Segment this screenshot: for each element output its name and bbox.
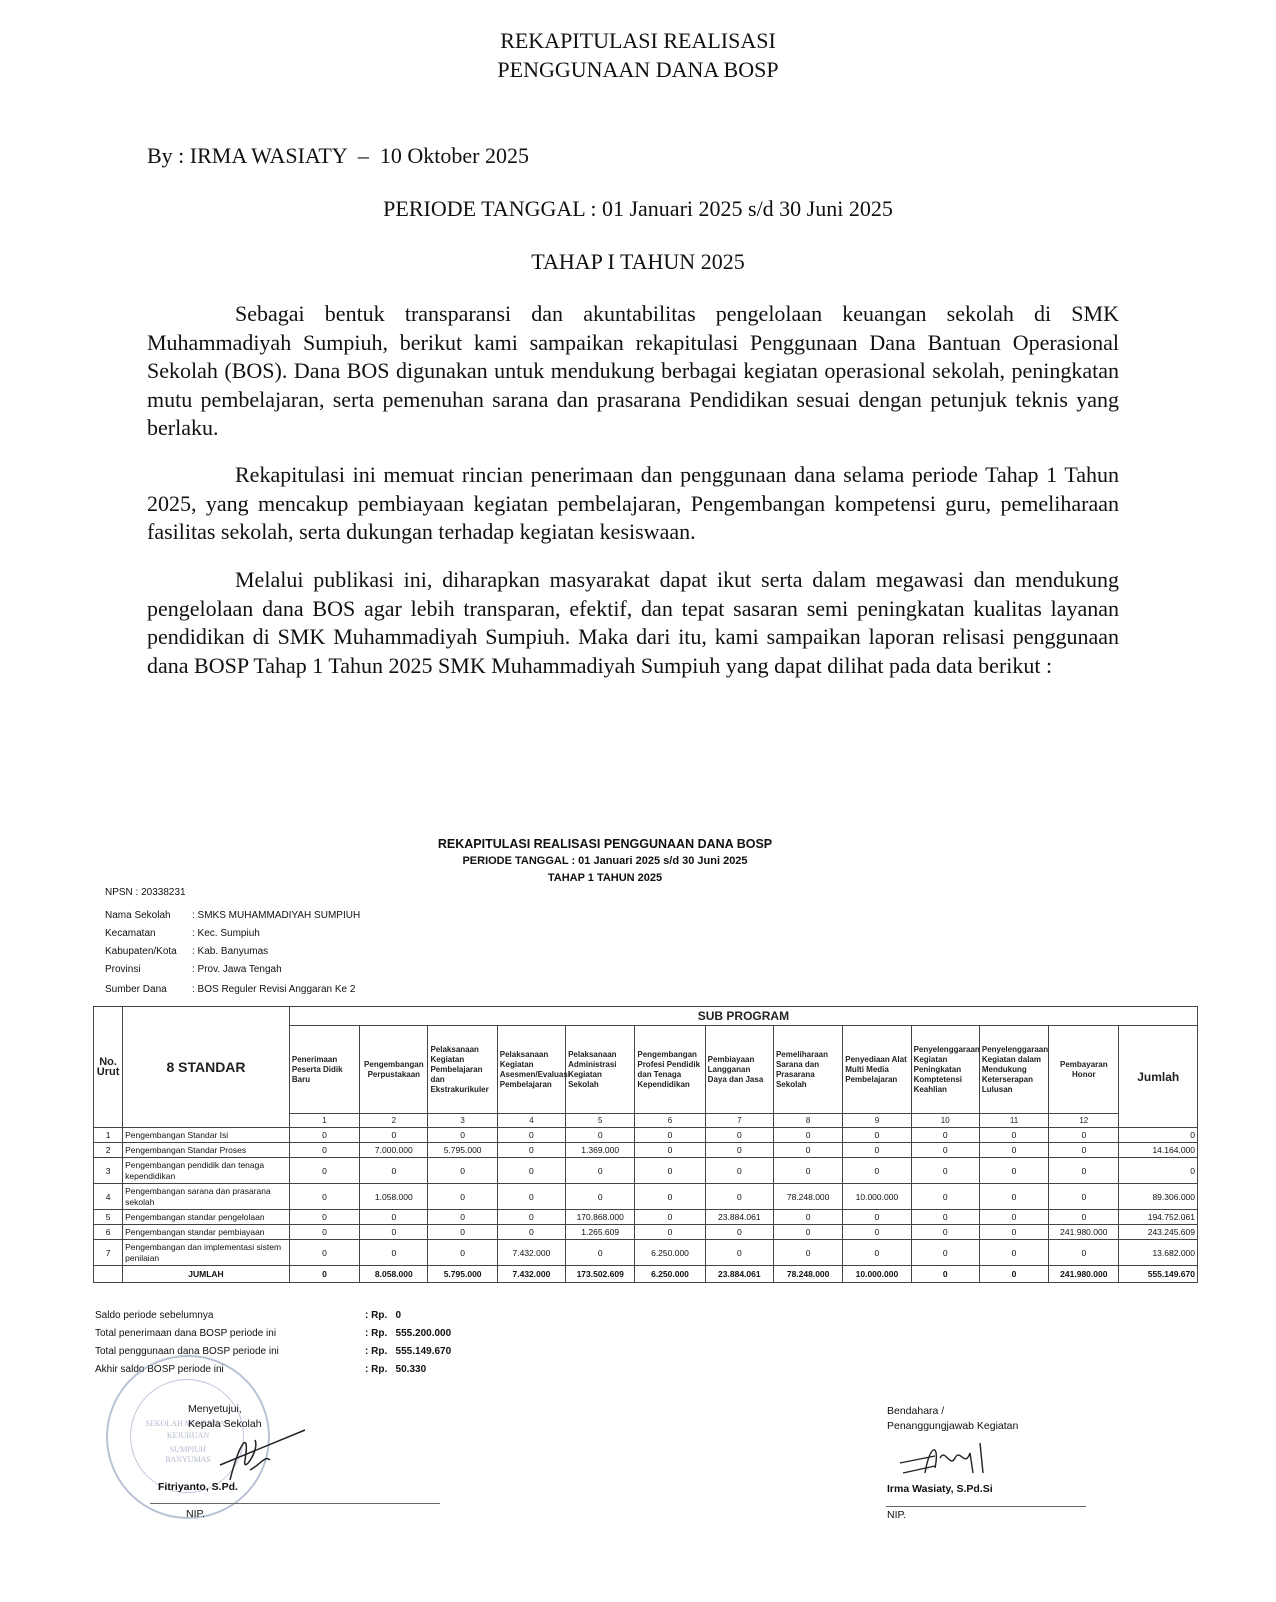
cell-value: 0 [497, 1158, 565, 1184]
cell-value: 1.369.000 [566, 1143, 635, 1158]
row-number: 4 [94, 1184, 123, 1210]
sig-left-name-block: Fitriyanto, S.Pd. [158, 1480, 238, 1495]
cell-value: 0 [635, 1143, 705, 1158]
column-number: 1 [289, 1114, 359, 1128]
total-label: JUMLAH [123, 1266, 290, 1283]
cell-value: 0 [289, 1240, 359, 1266]
header-subprogram-7: Pembiayaan Langganan Daya dan Jasa [705, 1026, 773, 1114]
header-subprogram-5: Pelaksanaan Administrasi Kegiatan Sekola… [566, 1026, 635, 1114]
summary-row: Total penggunaan dana BOSP periode ini: … [95, 1346, 451, 1357]
school-info-label: Nama Sekolah [105, 910, 192, 921]
header-sub-program: SUB PROGRAM [289, 1007, 1197, 1026]
row-total: 243.245.609 [1119, 1225, 1198, 1240]
cell-value: 78.248.000 [773, 1184, 842, 1210]
column-number: 5 [566, 1114, 635, 1128]
cell-value: 0 [773, 1225, 842, 1240]
cell-value: 0 [773, 1240, 842, 1266]
row-number: 3 [94, 1158, 123, 1184]
cell-value: 0 [843, 1210, 911, 1225]
cell-value: 0 [911, 1184, 979, 1210]
cell-value: 0 [911, 1240, 979, 1266]
recap-table: No. Urut 8 STANDAR SUB PROGRAM Penerimaa… [93, 1006, 1198, 1283]
row-total: 0 [1119, 1128, 1198, 1143]
sig-left-line [150, 1503, 440, 1504]
header-subprogram-8: Pemeliharaan Sarana dan Prasarana Sekola… [773, 1026, 842, 1114]
column-number: 9 [843, 1114, 911, 1128]
header-8-standar: 8 STANDAR [123, 1007, 290, 1128]
cell-value: 0 [428, 1240, 497, 1266]
signature-scribble-icon [895, 1438, 1005, 1478]
school-info-label: Sumber Dana [105, 984, 192, 995]
row-number: 2 [94, 1143, 123, 1158]
cell-value: 0 [360, 1158, 428, 1184]
school-info-label: Kecamatan [105, 928, 192, 939]
summary-label: Total penggunaan dana BOSP periode ini [95, 1346, 365, 1357]
total-value: 6.250.000 [635, 1266, 705, 1283]
sig-right-line1: Bendahara / [887, 1404, 1018, 1419]
row-total: 89.306.000 [1119, 1184, 1198, 1210]
cell-value: 0 [843, 1128, 911, 1143]
sig-left-line1: Menyetujui, [188, 1402, 262, 1417]
standar-name: Pengembangan standar pengelolaan [123, 1210, 290, 1225]
cell-value: 0 [428, 1225, 497, 1240]
total-value: 0 [289, 1266, 359, 1283]
summary-value: : Rp. 555.149.670 [365, 1346, 451, 1357]
column-number: 12 [1049, 1114, 1119, 1128]
summary-row: Saldo periode sebelumnya: Rp. 0 [95, 1310, 401, 1321]
school-info-row: Kabupaten/Kota: Kab. Banyumas [105, 946, 268, 957]
title-line-2: PENGGUNAAN DANA BOSP [0, 55, 1276, 84]
cell-value: 0 [497, 1143, 565, 1158]
cell-value: 0 [979, 1143, 1048, 1158]
cell-value: 0 [360, 1128, 428, 1143]
cell-value: 0 [1049, 1128, 1119, 1143]
cell-value: 0 [566, 1158, 635, 1184]
total-value: 23.884.061 [705, 1266, 773, 1283]
cell-value: 0 [773, 1128, 842, 1143]
cell-value: 0 [428, 1128, 497, 1143]
report-title: REKAPITULASI REALISASI PENGGUNAAN DANA B… [0, 836, 1200, 887]
school-info-value: : Kab. Banyumas [192, 946, 268, 957]
cell-value: 0 [773, 1210, 842, 1225]
header-subprogram-2: Pengembangan Perpustakaan [360, 1026, 428, 1114]
header-subprogram-3: Pelaksanaan Kegiatan Pembelajaran dan Ek… [428, 1026, 497, 1114]
sig-right-name: Irma Wasiaty, S.Pd.Si [887, 1482, 993, 1497]
column-number: 11 [979, 1114, 1048, 1128]
header-jumlah: Jumlah [1119, 1026, 1198, 1128]
cell-value: 23.884.061 [705, 1210, 773, 1225]
cell-value: 0 [979, 1158, 1048, 1184]
cell-value: 0 [705, 1240, 773, 1266]
cell-value: 0 [566, 1128, 635, 1143]
cell-value: 0 [843, 1158, 911, 1184]
cell-value: 0 [635, 1128, 705, 1143]
column-number: 7 [705, 1114, 773, 1128]
row-number: 5 [94, 1210, 123, 1225]
table-row: 2Pengembangan Standar Proses07.000.0005.… [94, 1143, 1198, 1158]
cell-value: 6.250.000 [635, 1240, 705, 1266]
report-periode: PERIODE TANGGAL : 01 Januari 2025 s/d 30… [5, 853, 1205, 870]
byline: By : IRMA WASIATY – 10 Oktober 2025 [147, 143, 529, 169]
header-subprogram-12: Pembayaran Honor [1049, 1026, 1119, 1114]
cell-value: 0 [497, 1128, 565, 1143]
cell-value: 170.868.000 [566, 1210, 635, 1225]
paragraph-intro: Sebagai bentuk transparansi dan akuntabi… [147, 300, 1119, 443]
school-info-label: Kabupaten/Kota [105, 946, 192, 957]
cell-value: 0 [773, 1143, 842, 1158]
row-total: 13.682.000 [1119, 1240, 1198, 1266]
header-subprogram-11: Penyelenggaraan Kegiatan dalam Mendukung… [979, 1026, 1048, 1114]
cell-value: 0 [360, 1225, 428, 1240]
paragraph-content: Rekapitulasi ini memuat rincian penerima… [147, 461, 1119, 547]
school-info-row: Nama Sekolah: SMKS MUHAMMADIYAH SUMPIUH [105, 910, 360, 921]
cell-value: 0 [360, 1240, 428, 1266]
cell-value: 0 [911, 1225, 979, 1240]
table-row: 1Pengembangan Standar Isi0000000000000 [94, 1128, 1198, 1143]
paragraph-closing: Melalui publikasi ini, diharapkan masyar… [147, 566, 1119, 680]
cell-value: 7.000.000 [360, 1143, 428, 1158]
summary-row: Total penerimaan dana BOSP periode ini: … [95, 1328, 451, 1339]
sig-right-line [886, 1506, 1086, 1507]
header-subprogram-1: Penerimaan Peserta Didik Baru [289, 1026, 359, 1114]
table-row: 4Pengembangan sarana dan prasarana sekol… [94, 1184, 1198, 1210]
school-info-row: Kecamatan: Kec. Sumpiuh [105, 928, 260, 939]
npsn: NPSN : 20338231 [105, 887, 186, 898]
column-number: 2 [360, 1114, 428, 1128]
sig-right-name-block: Irma Wasiaty, S.Pd.Si [887, 1482, 993, 1497]
grand-total: 555.149.670 [1119, 1266, 1198, 1283]
sig-right-nip: NIP. [887, 1508, 906, 1523]
cell-value: 0 [635, 1210, 705, 1225]
header-subprogram-9: Penyediaan Alat Multi Media Pembelajaran [843, 1026, 911, 1114]
standar-name: Pengembangan dan implementasi sistem pen… [123, 1240, 290, 1266]
cell-value: 0 [289, 1128, 359, 1143]
column-number: 3 [428, 1114, 497, 1128]
school-info-value: : Kec. Sumpiuh [192, 928, 260, 939]
cell-value: 0 [635, 1158, 705, 1184]
row-number: 6 [94, 1225, 123, 1240]
cell-value: 0 [289, 1225, 359, 1240]
cell-value: 1.265.609 [566, 1225, 635, 1240]
school-info-value: : BOS Reguler Revisi Anggaran Ke 2 [192, 984, 355, 995]
cell-value: 0 [566, 1184, 635, 1210]
signature-treasurer: Bendahara / Penanggungjawab Kegiatan [887, 1404, 1018, 1434]
school-info-value: : SMKS MUHAMMADIYAH SUMPIUH [192, 910, 360, 921]
header-subprogram-10: Penyelenggaraan Kegiatan Peningkatan Kom… [911, 1026, 979, 1114]
school-info-value: : Prov. Jawa Tengah [192, 964, 282, 975]
title-line-1: REKAPITULASI REALISASI [0, 26, 1276, 55]
summary-label: Total penerimaan dana BOSP periode ini [95, 1328, 365, 1339]
row-total: 194.752.061 [1119, 1210, 1198, 1225]
cell-value: 0 [843, 1143, 911, 1158]
standar-name: Pengembangan Standar Proses [123, 1143, 290, 1158]
cell-value: 0 [497, 1210, 565, 1225]
cell-value: 0 [428, 1210, 497, 1225]
total-blank [94, 1266, 123, 1283]
summary-value: : Rp. 555.200.000 [365, 1328, 451, 1339]
cell-value: 0 [289, 1143, 359, 1158]
cell-value: 0 [428, 1158, 497, 1184]
row-total: 14.164.000 [1119, 1143, 1198, 1158]
sig-right-line2: Penanggungjawab Kegiatan [887, 1419, 1018, 1434]
cell-value: 0 [289, 1184, 359, 1210]
cell-value: 0 [289, 1210, 359, 1225]
cell-value: 0 [705, 1225, 773, 1240]
cell-value: 0 [289, 1158, 359, 1184]
cell-value: 0 [979, 1184, 1048, 1210]
table-total-row: JUMLAH08.058.0005.795.0007.432.000173.50… [94, 1266, 1198, 1283]
cell-value: 0 [911, 1210, 979, 1225]
table-row: 3Pengembangan pendidik dan tenaga kepend… [94, 1158, 1198, 1184]
cell-value: 0 [979, 1210, 1048, 1225]
school-info-row: Sumber Dana: BOS Reguler Revisi Anggaran… [105, 984, 355, 995]
cell-value: 0 [911, 1158, 979, 1184]
cell-value: 0 [843, 1240, 911, 1266]
table-row: 6Pengembangan standar pembiayaan00001.26… [94, 1225, 1198, 1240]
cell-value: 10.000.000 [843, 1184, 911, 1210]
cell-value: 0 [979, 1128, 1048, 1143]
column-number: 10 [911, 1114, 979, 1128]
cell-value: 0 [428, 1184, 497, 1210]
school-info-row: Provinsi: Prov. Jawa Tengah [105, 964, 282, 975]
header-subprogram-6: Pengembangan Profesi Pendidik dan Tenaga… [635, 1026, 705, 1114]
column-number: 8 [773, 1114, 842, 1128]
cell-value: 0 [911, 1128, 979, 1143]
table-row: 7Pengembangan dan implementasi sistem pe… [94, 1240, 1198, 1266]
school-info-label: Provinsi [105, 964, 192, 975]
total-value: 173.502.609 [566, 1266, 635, 1283]
cell-value: 0 [566, 1240, 635, 1266]
column-number: 4 [497, 1114, 565, 1128]
header-subprogram-4: Pelaksanaan Kegiatan Asesmen/Evaluasi Pe… [497, 1026, 565, 1114]
summary-value: : Rp. 0 [365, 1310, 401, 1321]
cell-value: 0 [911, 1143, 979, 1158]
cell-value: 1.058.000 [360, 1184, 428, 1210]
total-value: 241.980.000 [1049, 1266, 1119, 1283]
cell-value: 0 [1049, 1210, 1119, 1225]
row-total: 0 [1119, 1158, 1198, 1184]
cell-value: 0 [705, 1128, 773, 1143]
sig-left-nip: NIP. [186, 1507, 205, 1522]
cell-value: 0 [705, 1143, 773, 1158]
standar-name: Pengembangan sarana dan prasarana sekola… [123, 1184, 290, 1210]
cell-value: 0 [360, 1210, 428, 1225]
cell-value: 5.795.000 [428, 1143, 497, 1158]
periode: PERIODE TANGGAL : 01 Januari 2025 s/d 30… [0, 196, 1276, 222]
cell-value: 0 [635, 1184, 705, 1210]
cell-value: 241.980.000 [1049, 1225, 1119, 1240]
standar-name: Pengembangan Standar Isi [123, 1128, 290, 1143]
column-number: 6 [635, 1114, 705, 1128]
cell-value: 0 [1049, 1158, 1119, 1184]
total-value: 5.795.000 [428, 1266, 497, 1283]
document-title: REKAPITULASI REALISASI PENGGUNAAN DANA B… [0, 26, 1276, 84]
row-number: 7 [94, 1240, 123, 1266]
summary-value: : Rp. 50.330 [365, 1364, 426, 1375]
cell-value: 0 [635, 1225, 705, 1240]
row-number: 1 [94, 1128, 123, 1143]
total-value: 7.432.000 [497, 1266, 565, 1283]
cell-value: 0 [979, 1240, 1048, 1266]
cell-value: 0 [705, 1158, 773, 1184]
table-row: 5Pengembangan standar pengelolaan0000170… [94, 1210, 1198, 1225]
summary-label: Saldo periode sebelumnya [95, 1310, 365, 1321]
cell-value: 0 [705, 1184, 773, 1210]
cell-value: 0 [1049, 1143, 1119, 1158]
cell-value: 0 [1049, 1240, 1119, 1266]
cell-value: 0 [497, 1184, 565, 1210]
cell-value: 0 [843, 1225, 911, 1240]
report-tahap: TAHAP 1 TAHUN 2025 [5, 870, 1205, 887]
tahap: TAHAP I TAHUN 2025 [0, 249, 1276, 275]
total-value: 8.058.000 [360, 1266, 428, 1283]
cell-value: 0 [497, 1225, 565, 1240]
total-value: 0 [979, 1266, 1048, 1283]
sig-left-name: Fitriyanto, S.Pd. [158, 1480, 238, 1495]
cell-value: 0 [773, 1158, 842, 1184]
standar-name: Pengembangan pendidik dan tenaga kependi… [123, 1158, 290, 1184]
cell-value: 0 [979, 1225, 1048, 1240]
total-value: 0 [911, 1266, 979, 1283]
total-value: 10.000.000 [843, 1266, 911, 1283]
cell-value: 7.432.000 [497, 1240, 565, 1266]
total-value: 78.248.000 [773, 1266, 842, 1283]
header-no-urut: No. Urut [94, 1007, 123, 1128]
report-title-main: REKAPITULASI REALISASI PENGGUNAAN DANA B… [5, 836, 1205, 853]
standar-name: Pengembangan standar pembiayaan [123, 1225, 290, 1240]
cell-value: 0 [1049, 1184, 1119, 1210]
